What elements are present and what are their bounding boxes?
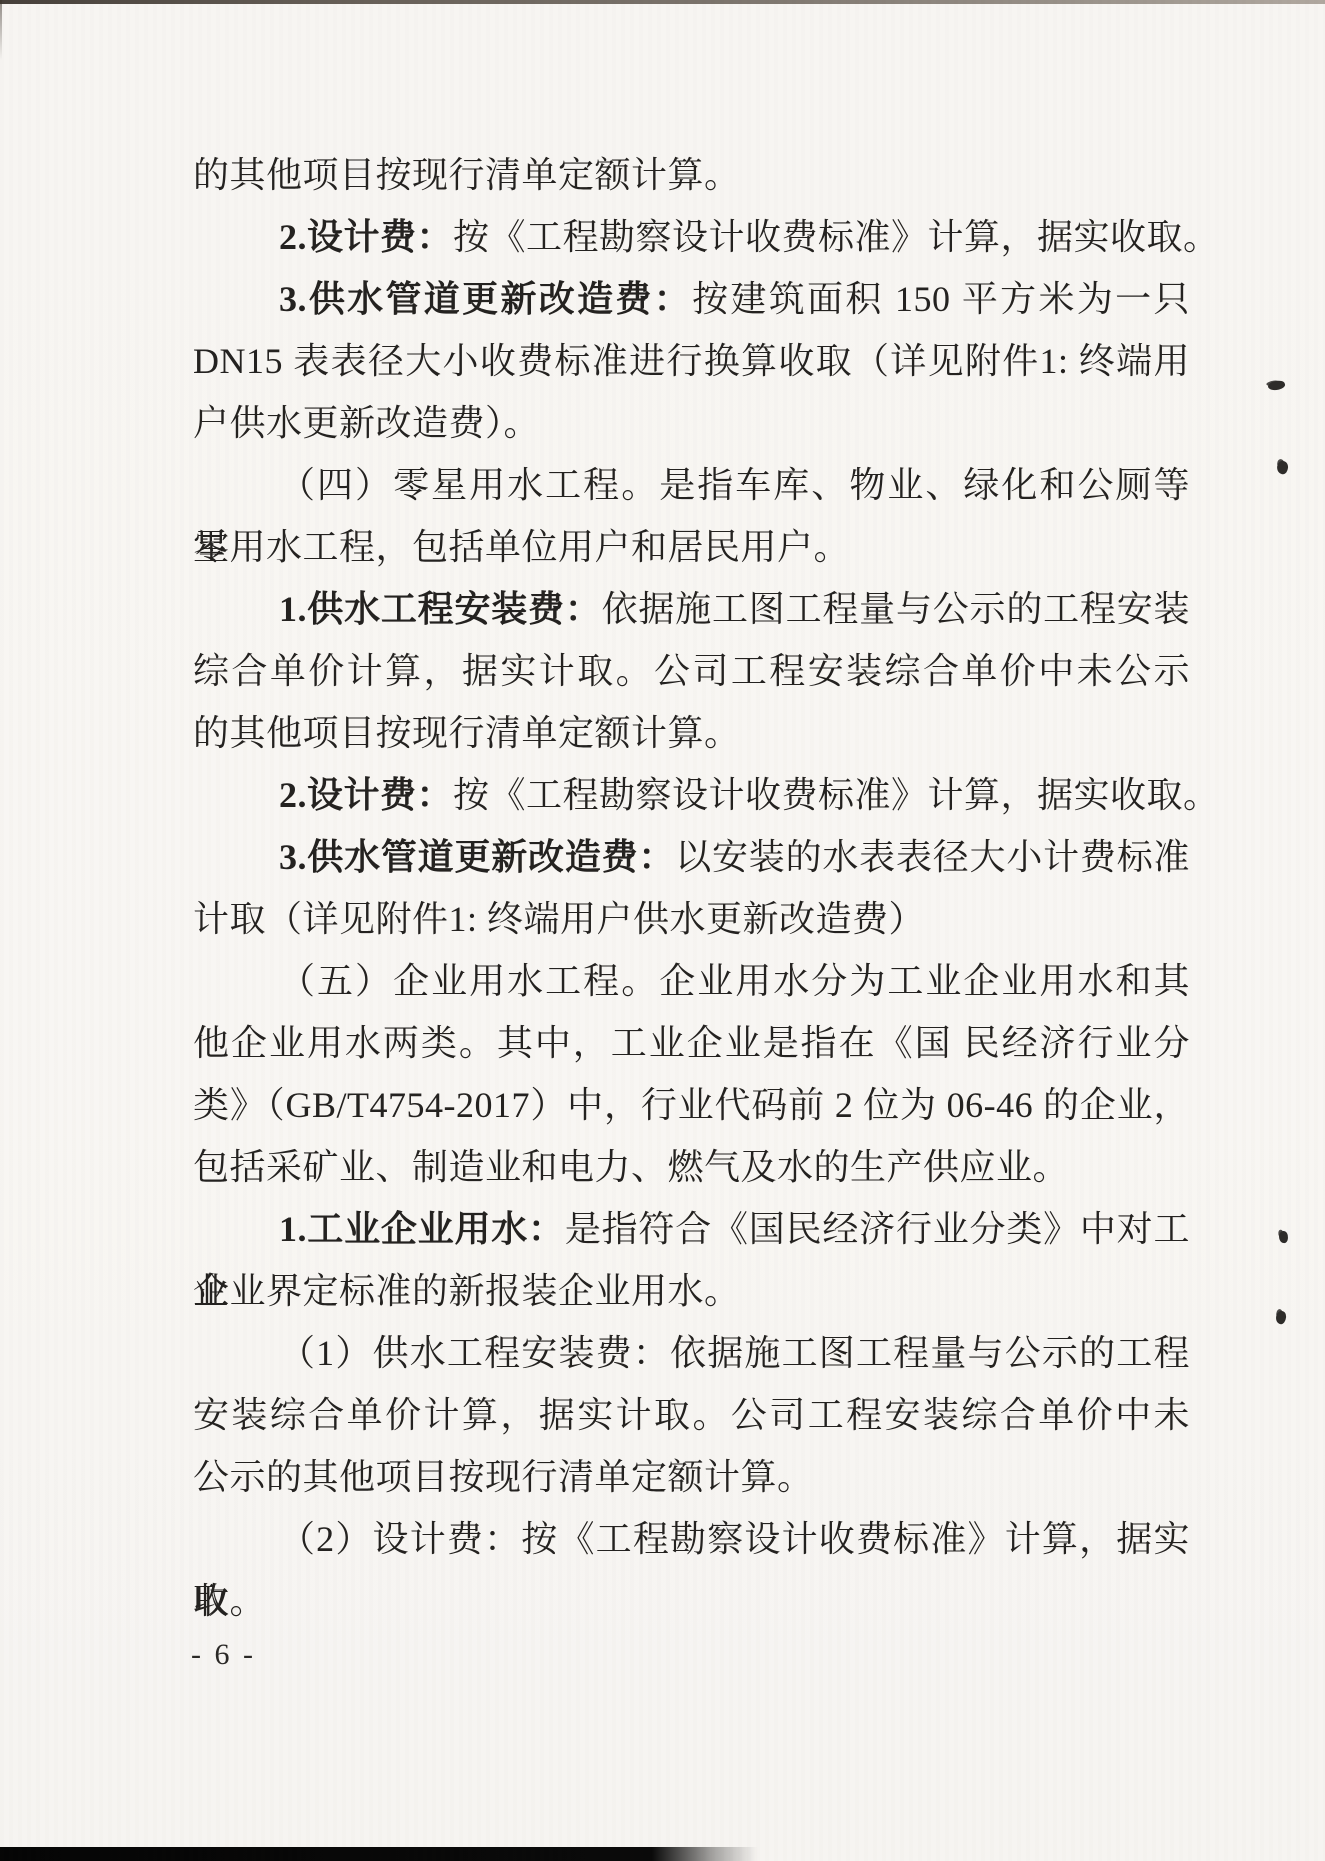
text-segment: DN15 表表径大小收费标准进行换算收取（详见附件1: 终端用 [193,341,1190,381]
text-segment: （五）企业用水工程。企业用水分为工业企业用水和其 [279,961,1190,1001]
text-segment: 按《工程勘察设计收费标准》计算，据实收取。 [453,217,1220,257]
text-line: 类》（GB/T4754-2017）中，行业代码前 2 位为 06-46 的企业， [193,1074,1190,1136]
bold-item-label: 2.设计费： [279,217,453,257]
text-line: 3.供水管道更新改造费：按建筑面积 150 平方米为一只 [193,268,1190,330]
text-segment: 以安装的水表表径大小计费标准 [675,837,1190,877]
bold-item-label: 1.供水工程安装费： [279,589,602,629]
text-line: （五）企业用水工程。企业用水分为工业企业用水和其 [193,950,1190,1012]
text-line: 星用水工程，包括单位用户和居民用户。 [193,516,1190,578]
text-line: 安装综合单价计算，据实计取。公司工程安装综合单价中未 [193,1384,1190,1446]
text-line: 的其他项目按现行清单定额计算。 [193,702,1190,764]
text-segment: 企业界定标准的新报装企业用水。 [193,1271,741,1311]
text-segment: 按建筑面积 150 平方米为一只 [692,279,1190,319]
text-segment: 的其他项目按现行清单定额计算。 [193,713,741,753]
bold-item-label: 3.供水管道更新改造费： [279,279,692,319]
text-line: 3.供水管道更新改造费：以安装的水表表径大小计费标准 [193,826,1190,888]
text-line: 的其他项目按现行清单定额计算。 [193,144,1190,206]
text-line: 综合单价计算，据实计取。公司工程安装综合单价中未公示 [193,640,1190,702]
ink-speck [1274,1310,1288,1326]
text-line: （1）供水工程安装费：依据施工图工程量与公示的工程 [193,1322,1190,1384]
bold-item-label: 1.工业企业用水： [279,1209,565,1249]
text-line: 包括采矿业、制造业和电力、燃气及水的生产供应业。 [193,1136,1190,1198]
text-line: 计取（详见附件1: 终端用户供水更新改造费） [193,888,1190,950]
text-segment: （1）供水工程安装费：依据施工图工程量与公示的工程 [279,1333,1190,1373]
text-line: 2.设计费：按《工程勘察设计收费标准》计算，据实收取。 [193,764,1190,826]
text-segment: 计取（详见附件1: 终端用户供水更新改造费） [193,899,925,939]
bold-item-label: 2.设计费： [279,775,453,815]
bold-item-label: 3.供水管道更新改造费： [279,837,675,877]
text-segment: 按《工程勘察设计收费标准》计算，据实收取。 [453,775,1220,815]
text-line: 1.工业企业用水：是指符合《国民经济行业分类》中对工业 [193,1198,1190,1260]
page-number: - 6 - [191,1638,256,1672]
ink-speck [1267,379,1286,392]
text-line: 1.供水工程安装费：依据施工图工程量与公示的工程安装 [193,578,1190,640]
text-segment: 户供水更新改造费）。 [193,403,540,443]
document-body: 的其他项目按现行清单定额计算。2.设计费：按《工程勘察设计收费标准》计算，据实收… [193,144,1190,1632]
text-segment: 类》（GB/T4754-2017）中，行业代码前 2 位为 06-46 的企业， [193,1085,1190,1125]
text-line: 取。 [193,1570,1190,1632]
text-line: 户供水更新改造费）。 [193,392,1190,454]
text-line: （2）设计费：按《工程勘察设计收费标准》计算，据实收 [193,1508,1190,1570]
text-segment: 依据施工图工程量与公示的工程安装 [602,589,1190,629]
text-line: （四）零星用水工程。是指车库、物业、绿化和公厕等零 [193,454,1190,516]
scan-edge-left [0,0,2,60]
text-line: 公示的其他项目按现行清单定额计算。 [193,1446,1190,1508]
text-segment: 综合单价计算，据实计取。公司工程安装综合单价中未公示 [193,651,1190,691]
scan-artifact-bottom-bar [0,1847,758,1861]
text-segment: 安装综合单价计算，据实计取。公司工程安装综合单价中未 [193,1395,1190,1435]
text-segment: 的其他项目按现行清单定额计算。 [193,155,741,195]
text-line: 他企业用水两类。其中，工业企业是指在《国 民经济行业分 [193,1012,1190,1074]
ink-speck [1278,1231,1288,1244]
text-segment: 取。 [193,1581,266,1621]
text-segment: 包括采矿业、制造业和电力、燃气及水的生产供应业。 [193,1147,1069,1187]
text-segment: 他企业用水两类。其中，工业企业是指在《国 民经济行业分 [193,1023,1190,1063]
text-line: 2.设计费：按《工程勘察设计收费标准》计算，据实收取。 [193,206,1190,268]
ink-speck [1275,460,1289,476]
text-line: DN15 表表径大小收费标准进行换算收取（详见附件1: 终端用 [193,330,1190,392]
text-segment: 星用水工程，包括单位用户和居民用户。 [193,527,850,567]
text-segment: 公示的其他项目按现行清单定额计算。 [193,1457,814,1497]
scan-edge-top [0,0,1325,4]
text-line: 企业界定标准的新报装企业用水。 [193,1260,1190,1322]
scanned-document-page: 的其他项目按现行清单定额计算。2.设计费：按《工程勘察设计收费标准》计算，据实收… [0,0,1325,1861]
